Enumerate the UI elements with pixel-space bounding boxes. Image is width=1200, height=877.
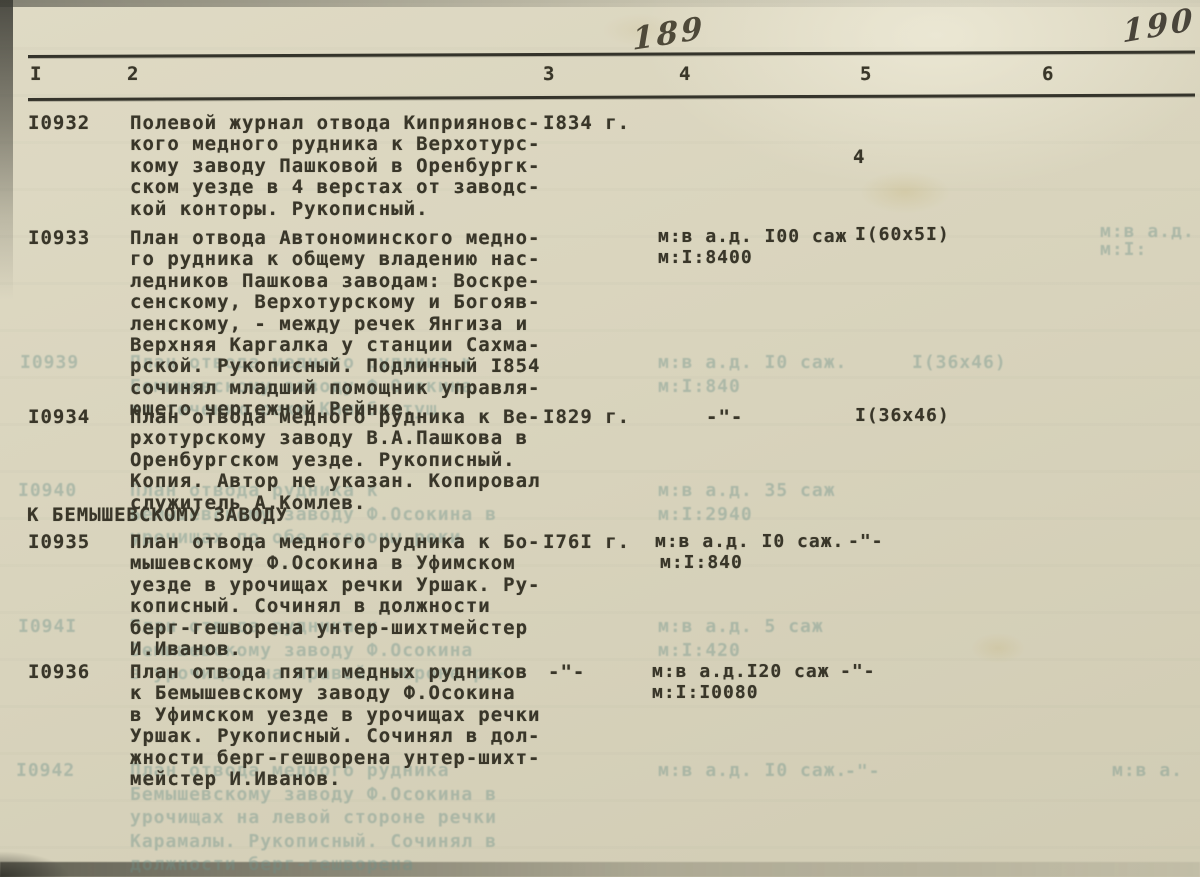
entry-scale: м:в а.д. I00 саж — [658, 226, 847, 247]
entry-ditto: -"- — [848, 531, 884, 552]
entry-number: I0935 — [28, 532, 90, 553]
column-header-1: I — [30, 64, 42, 85]
entry-format: I(36x46) — [855, 405, 950, 426]
entry-scale: м:I:8400 — [658, 247, 753, 268]
table-rule-top — [28, 51, 1195, 58]
entry-sheet-count: 4 — [853, 147, 865, 168]
bleed-entry-number: I094I — [18, 615, 77, 639]
scanned-archive-inventory-page: 189 190 I 2 3 4 5 6 м:в а.д. м:I: I0939 … — [0, 0, 1200, 877]
column-header-4: 4 — [679, 64, 691, 85]
entry-number: I0933 — [28, 228, 90, 249]
entry-date: I76I г. — [543, 532, 630, 553]
entry-scale: м:I:I0080 — [652, 682, 759, 703]
entry-scale: м:I:840 — [660, 552, 743, 573]
bleed-fragment: м:в а. — [1112, 759, 1183, 783]
scan-edge-top — [0, 0, 1200, 7]
entry-number: I0936 — [28, 662, 90, 683]
bleed-entry-format: I(36x46) — [912, 351, 1007, 375]
entry-ditto: -"- — [706, 407, 743, 428]
entry-description: План отвода Автономинского медно- го руд… — [130, 228, 570, 421]
scan-corner-bottom-left — [0, 851, 70, 877]
page-number-handwritten-corner: 190 — [1123, 1, 1196, 50]
bleed-fragment: м:I: — [1100, 238, 1147, 262]
bleed-entry-ditto: -"- — [845, 760, 881, 784]
entry-date: -"- — [548, 662, 585, 683]
entry-format: I(60x5I) — [855, 224, 950, 245]
entry-ditto: -"- — [840, 661, 876, 682]
scan-edge-left — [0, 0, 13, 300]
bleed-entry-number: I0939 — [20, 351, 79, 375]
entry-number: I0934 — [28, 407, 90, 428]
section-heading: К БЕМЫШЕВСКОМУ ЗАВОДУ — [27, 505, 288, 526]
column-header-5: 5 — [860, 64, 872, 85]
entry-description: План отвода медного рудника к Ве- рхотур… — [130, 407, 570, 514]
entry-date: I829 г. — [543, 407, 630, 428]
bleed-entry-scale: м:в а.д. 5 саж м:I:420 — [658, 615, 824, 662]
page-number-handwritten-center: 189 — [632, 10, 705, 58]
column-header-6: 6 — [1042, 64, 1054, 85]
column-header-3: 3 — [543, 64, 555, 85]
entry-description: План отвода медного рудника к Бо- мышевс… — [130, 532, 570, 660]
entry-date: I834 г. — [543, 113, 630, 134]
bleed-entry-number: I0942 — [16, 759, 75, 783]
column-header-2: 2 — [127, 64, 139, 85]
entry-description: Полевой журнал отвода Киприяновс- кого м… — [130, 113, 570, 220]
bleed-entry-scale: м:в а.д. I0 саж. — [658, 759, 847, 783]
bleed-entry-number: I0940 — [18, 479, 77, 503]
entry-scale: м:в а.д.I20 саж — [652, 661, 830, 682]
table-rule-header-bottom — [28, 94, 1195, 101]
entry-scale: м:в а.д. I0 саж. — [655, 531, 844, 552]
entry-number: I0932 — [28, 113, 90, 134]
entry-description: План отвода пяти медных рудников к Бемыш… — [130, 662, 570, 790]
bleed-entry-scale: м:в а.д. 35 саж м:I:2940 — [658, 479, 836, 526]
bleed-entry-scale: м:в а.д. I0 саж. м:I:840 — [658, 351, 847, 398]
